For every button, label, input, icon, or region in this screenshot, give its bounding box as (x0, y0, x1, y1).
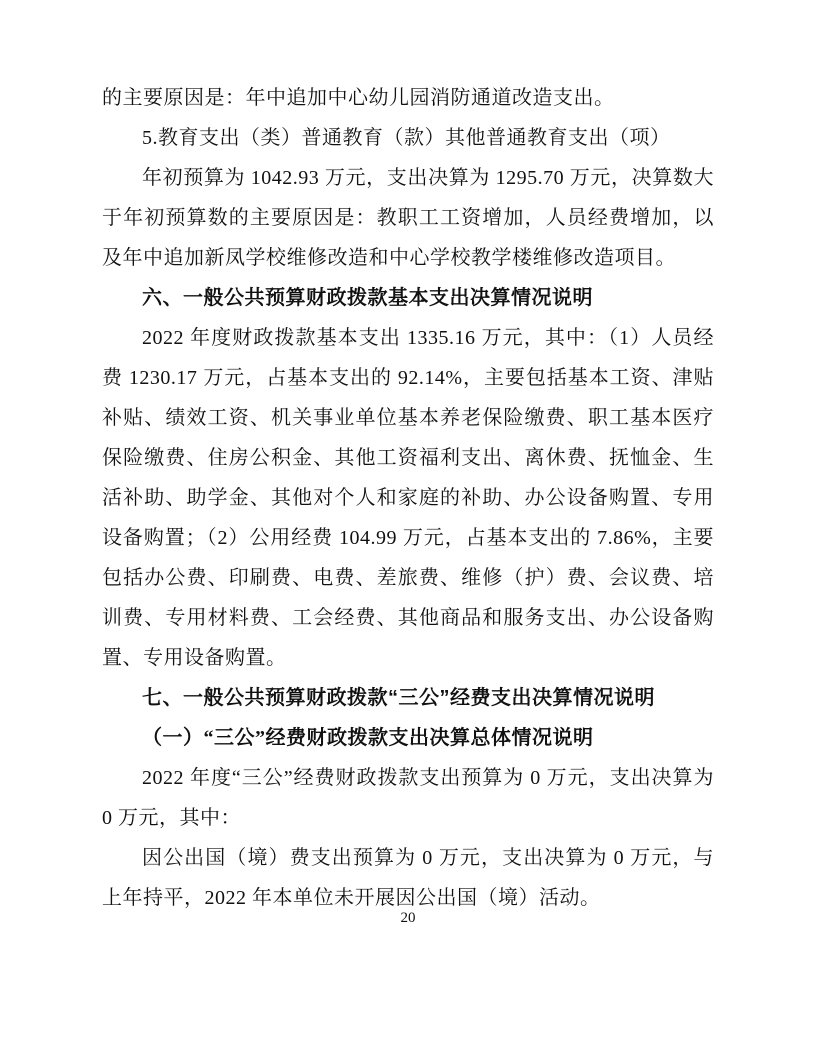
body-paragraph: 5.教育支出（类）普通教育（款）其他普通教育支出（项） (102, 118, 714, 158)
section-heading: 六、一般公共预算财政拨款基本支出决算情况说明 (102, 278, 714, 318)
body-paragraph: 2022 年度“三公”经费财政拨款支出预算为 0 万元，支出决算为 0 万元，其… (102, 758, 714, 838)
document-body: 的主要原因是：年中追加中心幼儿园消防通道改造支出。5.教育支出（类）普通教育（款… (102, 78, 714, 918)
body-paragraph: 2022 年度财政拨款基本支出 1335.16 万元，其中：（1）人员经费 12… (102, 318, 714, 678)
paragraph-continuation: 的主要原因是：年中追加中心幼儿园消防通道改造支出。 (102, 78, 714, 118)
page-number: 20 (0, 908, 816, 928)
subsection-heading: （一）“三公”经费财政拨款支出决算总体情况说明 (102, 718, 714, 758)
section-heading: 七、一般公共预算财政拨款“三公”经费支出决算情况说明 (102, 678, 714, 718)
document-page: 的主要原因是：年中追加中心幼儿园消防通道改造支出。5.教育支出（类）普通教育（款… (0, 0, 816, 1056)
body-paragraph: 年初预算为 1042.93 万元，支出决算为 1295.70 万元，决算数大于年… (102, 158, 714, 278)
body-paragraph: 因公出国（境）费支出预算为 0 万元，支出决算为 0 万元，与上年持平，2022… (102, 838, 714, 918)
